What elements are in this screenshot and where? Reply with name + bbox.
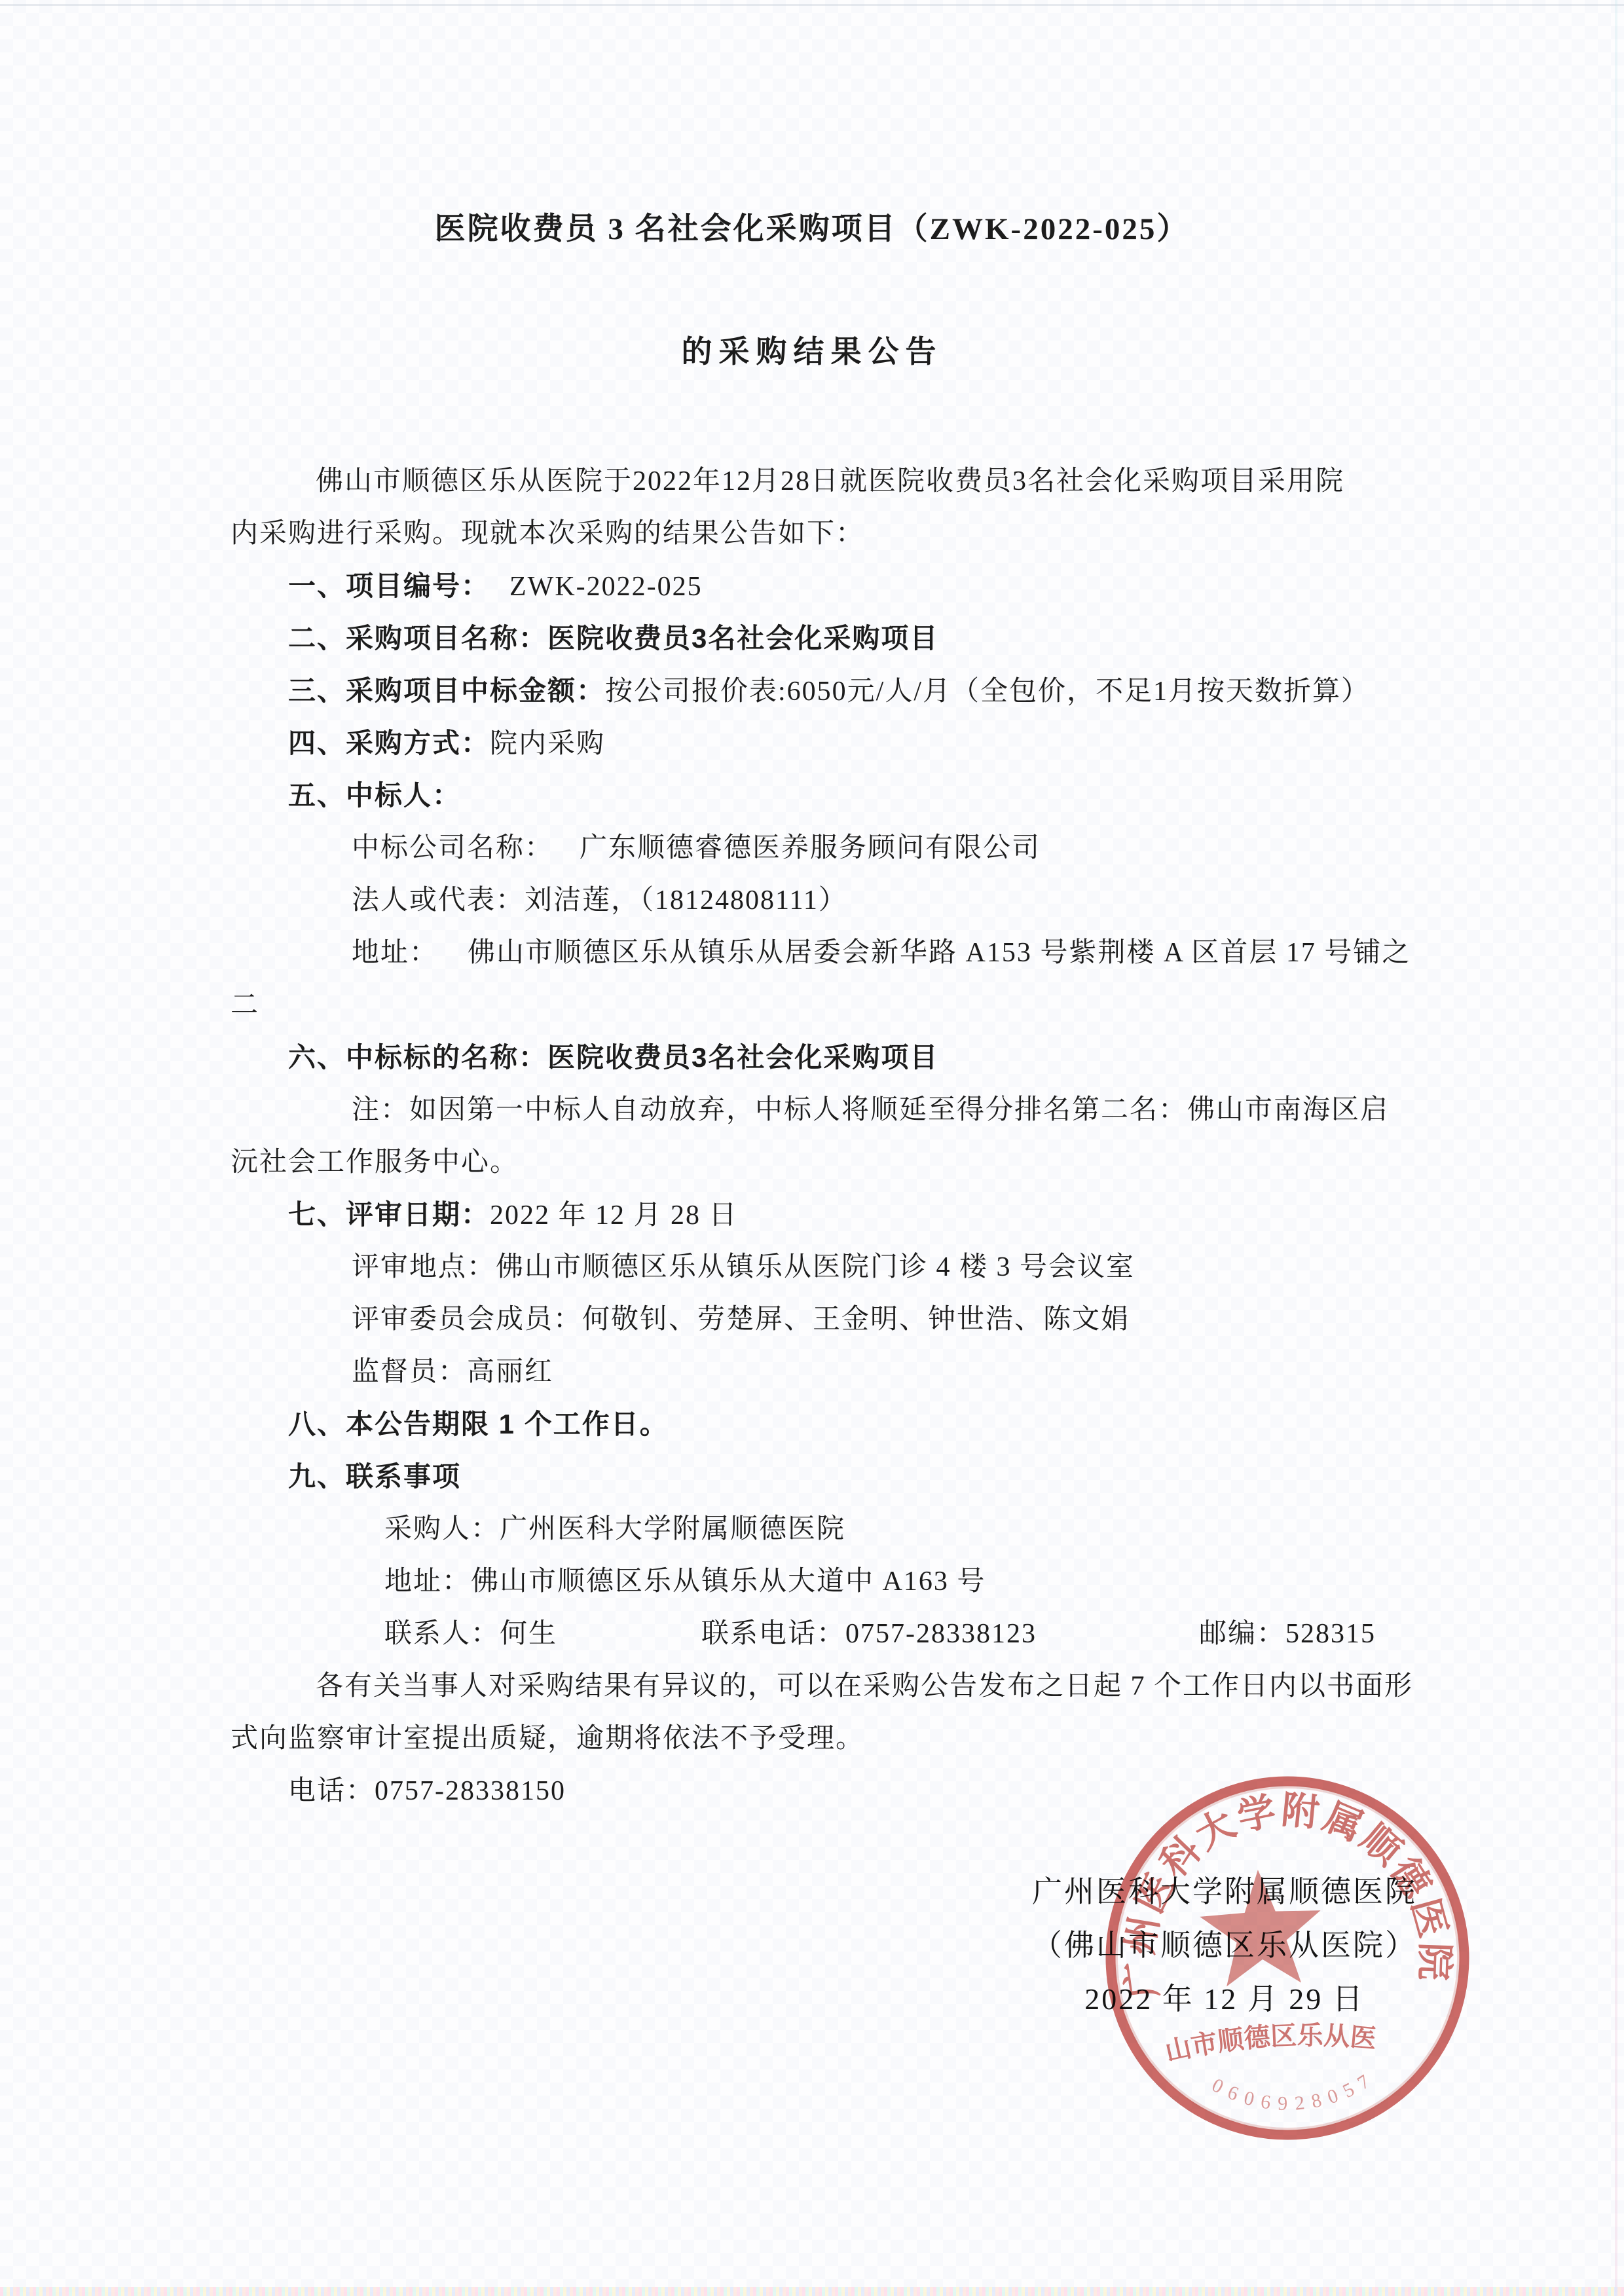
doc-text-segment: 2022 年 12 月 28 日	[490, 1200, 738, 1231]
doc-text-segment: 医院收费员3名社会化采购项目	[547, 623, 938, 654]
star-icon	[1198, 1866, 1325, 1988]
seal-serial-number: 0606928057	[1208, 2065, 1382, 2119]
doc-text-segment: 邮编：528315	[1199, 1619, 1376, 1649]
doc-text-segment: ZWK-2022-025	[509, 572, 703, 602]
official-seal-stamp: 广州医科大学附属顺德医院 （佛山市顺德区乐从医院） 0606928057	[1091, 1762, 1483, 2154]
doc-text-segment: 九、联系事项	[288, 1461, 461, 1492]
doc-text-segment: 一、项目编号：	[288, 570, 490, 601]
doc-text-segment: 各有关当事人对采购结果有异议的，可以在采购公告发布之日起 7 个工作日内以书面形	[316, 1671, 1413, 1701]
doc-line: 九、联系事项	[231, 1451, 1506, 1503]
doc-text-segment: 联系电话：0757-28338123	[701, 1619, 1037, 1649]
doc-text-segment: 按公司报价表:6050元/人/月（全包价，不足1月按天数折算）	[605, 676, 1370, 707]
document-lines: 佛山市顺德区乐从医院于2022年12月28日就医院收费员3名社会化采购项目采用院…	[231, 455, 1506, 1817]
doc-line: 五、中标人：	[231, 769, 1506, 822]
doc-line: 评审委员会成员：何敬钊、劳楚屏、王金明、钟世浩、陈文娟	[231, 1293, 1506, 1346]
doc-text-segment: 八、本公告期限 1 个工作日。	[288, 1409, 669, 1439]
doc-text-segment: 沅社会工作服务中心。	[231, 1147, 519, 1177]
doc-text-segment: 评审地点：佛山市顺德区乐从镇乐从医院门诊 4 楼 3 号会议室	[352, 1252, 1135, 1282]
scan-edge-top	[0, 4, 1624, 6]
doc-line: 采购人：广州医科大学附属顺德医院	[231, 1503, 1506, 1555]
doc-line: 四、采购方式：院内采购	[231, 717, 1506, 769]
document-title-line2: 的采购结果公告	[0, 327, 1624, 371]
doc-line: 中标公司名称：广东顺德睿德医养服务顾问有限公司	[231, 822, 1506, 874]
doc-line: 各有关当事人对采购结果有异议的，可以在采购公告发布之日起 7 个工作日内以书面形	[231, 1660, 1506, 1713]
doc-line: 六、中标标的名称：医院收费员3名社会化采购项目	[231, 1031, 1506, 1084]
doc-text-segment: 采购人：广州医科大学附属顺德医院	[384, 1514, 845, 1544]
doc-line: 二	[231, 979, 1506, 1031]
doc-text-segment: 联系人：何生	[384, 1619, 557, 1649]
doc-line: 评审地点：佛山市顺德区乐从镇乐从医院门诊 4 楼 3 号会议室	[231, 1241, 1506, 1293]
official-seal-svg: 广州医科大学附属顺德医院 （佛山市顺德区乐从医院） 0606928057	[1091, 1762, 1483, 2154]
doc-text-segment: 三、采购项目中标金额：	[288, 675, 605, 706]
doc-line: 八、本公告期限 1 个工作日。	[231, 1398, 1506, 1451]
doc-line: 地址：佛山市顺德区乐从镇乐从大道中 A163 号	[231, 1555, 1506, 1608]
scan-edge-bottom	[0, 2287, 1624, 2296]
doc-line: 佛山市顺德区乐从医院于2022年12月28日就医院收费员3名社会化采购项目采用院	[231, 455, 1506, 508]
scanned-document-page: 医院收费员 3 名社会化采购项目（ZWK-2022-025） 的采购结果公告 佛…	[0, 0, 1624, 2296]
doc-line: 地址：佛山市顺德区乐从镇乐从居委会新华路 A153 号紫荆楼 A 区首层 17 …	[231, 927, 1506, 979]
doc-text-segment: 评审委员会成员：何敬钊、劳楚屏、王金明、钟世浩、陈文娟	[352, 1305, 1130, 1335]
doc-text-segment: 地址：	[352, 938, 438, 968]
document-title-line1: 医院收费员 3 名社会化采购项目（ZWK-2022-025）	[0, 204, 1624, 248]
doc-text-segment: 法人或代表：刘洁莲，（18124808111）	[352, 885, 847, 916]
doc-text-segment: 四、采购方式：	[288, 728, 490, 758]
doc-text-segment: 中标公司名称：	[352, 833, 553, 863]
doc-text-segment: 五、中标人：	[288, 780, 461, 811]
doc-text-segment: 二、采购项目名称：	[288, 623, 547, 654]
doc-line: 七、评审日期：2022 年 12 月 28 日	[231, 1189, 1506, 1241]
doc-text-segment: 式向监察审计室提出质疑，逾期将依法不予受理。	[231, 1724, 864, 1754]
doc-text-segment: 电话：0757-28338150	[288, 1776, 566, 1806]
doc-line: 一、项目编号：ZWK-2022-025	[231, 560, 1506, 612]
doc-text-segment: 院内采购	[490, 729, 605, 759]
doc-line: 二、采购项目名称：医院收费员3名社会化采购项目	[231, 612, 1506, 665]
doc-line: 沅社会工作服务中心。	[231, 1136, 1506, 1189]
doc-text-segment: 二	[231, 990, 259, 1020]
doc-text-segment: 广东顺德睿德医养服务顾问有限公司	[580, 833, 1041, 863]
doc-text-segment: 七、评审日期：	[288, 1199, 490, 1230]
doc-line: 注：如因第一中标人自动放弃，中标人将顺延至得分排名第二名：佛山市南海区启	[231, 1084, 1506, 1136]
doc-line: 三、采购项目中标金额：按公司报价表:6050元/人/月（全包价，不足1月按天数折…	[231, 665, 1506, 717]
doc-text-segment: 地址：佛山市顺德区乐从镇乐从大道中 A163 号	[384, 1566, 986, 1597]
doc-line: 监督员：高丽红	[231, 1346, 1506, 1398]
doc-text-segment: 佛山市顺德区乐从镇乐从居委会新华路 A153 号紫荆楼 A 区首层 17 号铺之	[468, 938, 1411, 968]
doc-text-segment: 医院收费员3名社会化采购项目	[547, 1042, 938, 1073]
doc-text-segment: 佛山市顺德区乐从医院于2022年12月28日就医院收费员3名社会化采购项目采用院	[316, 466, 1344, 496]
doc-line: 式向监察审计室提出质疑，逾期将依法不予受理。	[231, 1713, 1506, 1765]
doc-text-segment: 内采购进行采购。现就本次采购的结果公告如下：	[231, 519, 864, 549]
doc-text-segment: 监督员：高丽红	[352, 1357, 553, 1387]
doc-line: 法人或代表：刘洁莲，（18124808111）	[231, 874, 1506, 927]
doc-text-segment: 六、中标标的名称：	[288, 1042, 547, 1073]
doc-line: 联系人：何生联系电话：0757-28338123邮编：528315	[231, 1608, 1506, 1660]
doc-text-segment: 注：如因第一中标人自动放弃，中标人将顺延至得分排名第二名：佛山市南海区启	[352, 1095, 1389, 1125]
doc-line: 内采购进行采购。现就本次采购的结果公告如下：	[231, 508, 1506, 560]
